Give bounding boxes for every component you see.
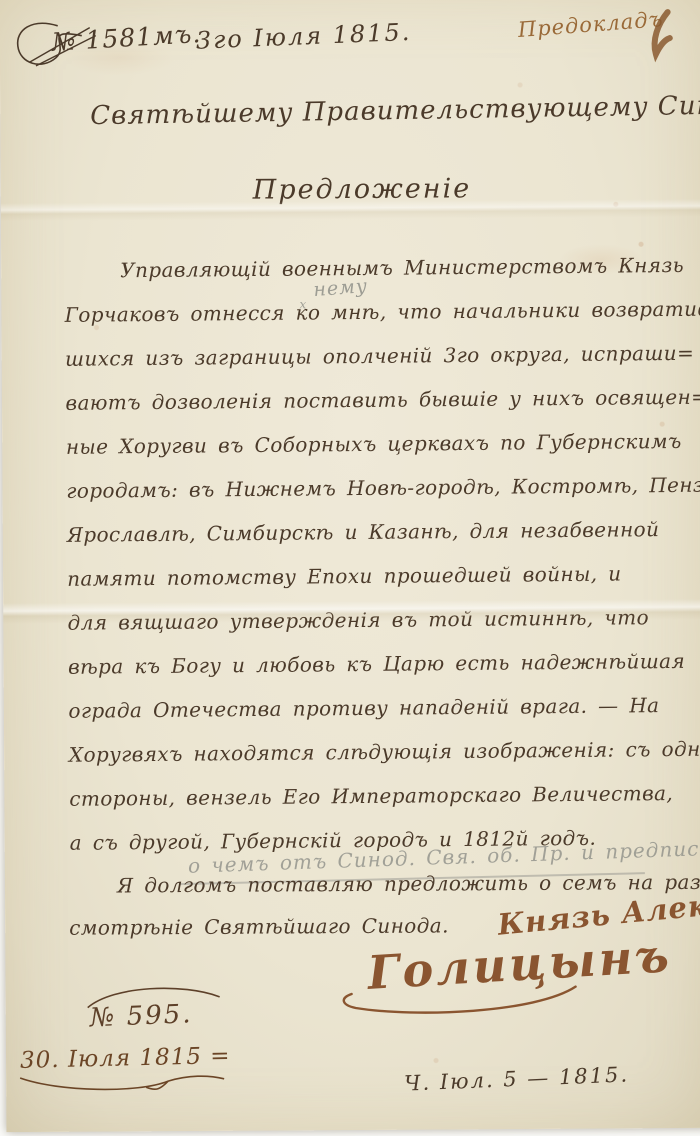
body-line: городамъ: въ Нижнемъ Новѣ-городѣ, Костро… — [66, 463, 672, 513]
body-text: Управляющій военнымъ Министерствомъ Княз… — [64, 243, 676, 865]
body-line: Хоругвяхъ находятся слѣдующія изображені… — [69, 727, 675, 777]
body-line: памяти потомству Епохи прошедшей войны, … — [67, 551, 673, 601]
body-line: ные Хоругви въ Соборныхъ церквахъ по Губ… — [66, 419, 672, 469]
archival-note: Ч. Іюл. 5 — 1815. — [404, 1062, 630, 1095]
body-line: для вящшаго утвержденія въ той истиннѣ, … — [67, 595, 673, 645]
body-line: Ярославлѣ, Симбирскѣ и Казанѣ, для незаб… — [67, 507, 673, 557]
pencil-insertion: нему — [313, 275, 369, 301]
office-number: № 595. — [89, 999, 193, 1033]
pencil-caret-mark: x — [299, 297, 306, 311]
body-line: ваютъ дозволенія поставить бывшіе у нихъ… — [65, 375, 671, 425]
corner-annotation: Предокладъ — [517, 7, 664, 42]
registry-date: 3го Іюля 1815. — [195, 18, 412, 55]
body-line: вѣра къ Богу и любовь къ Царю есть надеж… — [68, 639, 674, 689]
signature-flourish-icon — [336, 983, 586, 1021]
addressee-line: Святѣйшему Правительствующему Синоду. — [90, 90, 700, 131]
document-title: Предложеніе — [253, 173, 472, 205]
body-line: стороны, вензель Его Императорскаго Вели… — [69, 771, 675, 821]
footer-date-flourish-icon — [18, 1069, 228, 1092]
body-line: шихся изъ заграницы ополченій 3го округа… — [65, 331, 671, 381]
manuscript-paper: № 1581мъ. 3го Іюля 1815. Предокладъ Свят… — [0, 0, 700, 1132]
corner-folio-mark-icon — [648, 10, 674, 58]
closing-line: Я долгомъ поставляю предложить о семъ на… — [117, 870, 700, 898]
body-line: ограда Отечества противу нападеній врага… — [68, 683, 674, 733]
closing-line: смотрѣніе Святѣйшаго Синода. — [69, 913, 449, 939]
scanned-page: № 1581мъ. 3го Іюля 1815. Предокладъ Свят… — [0, 0, 700, 1136]
